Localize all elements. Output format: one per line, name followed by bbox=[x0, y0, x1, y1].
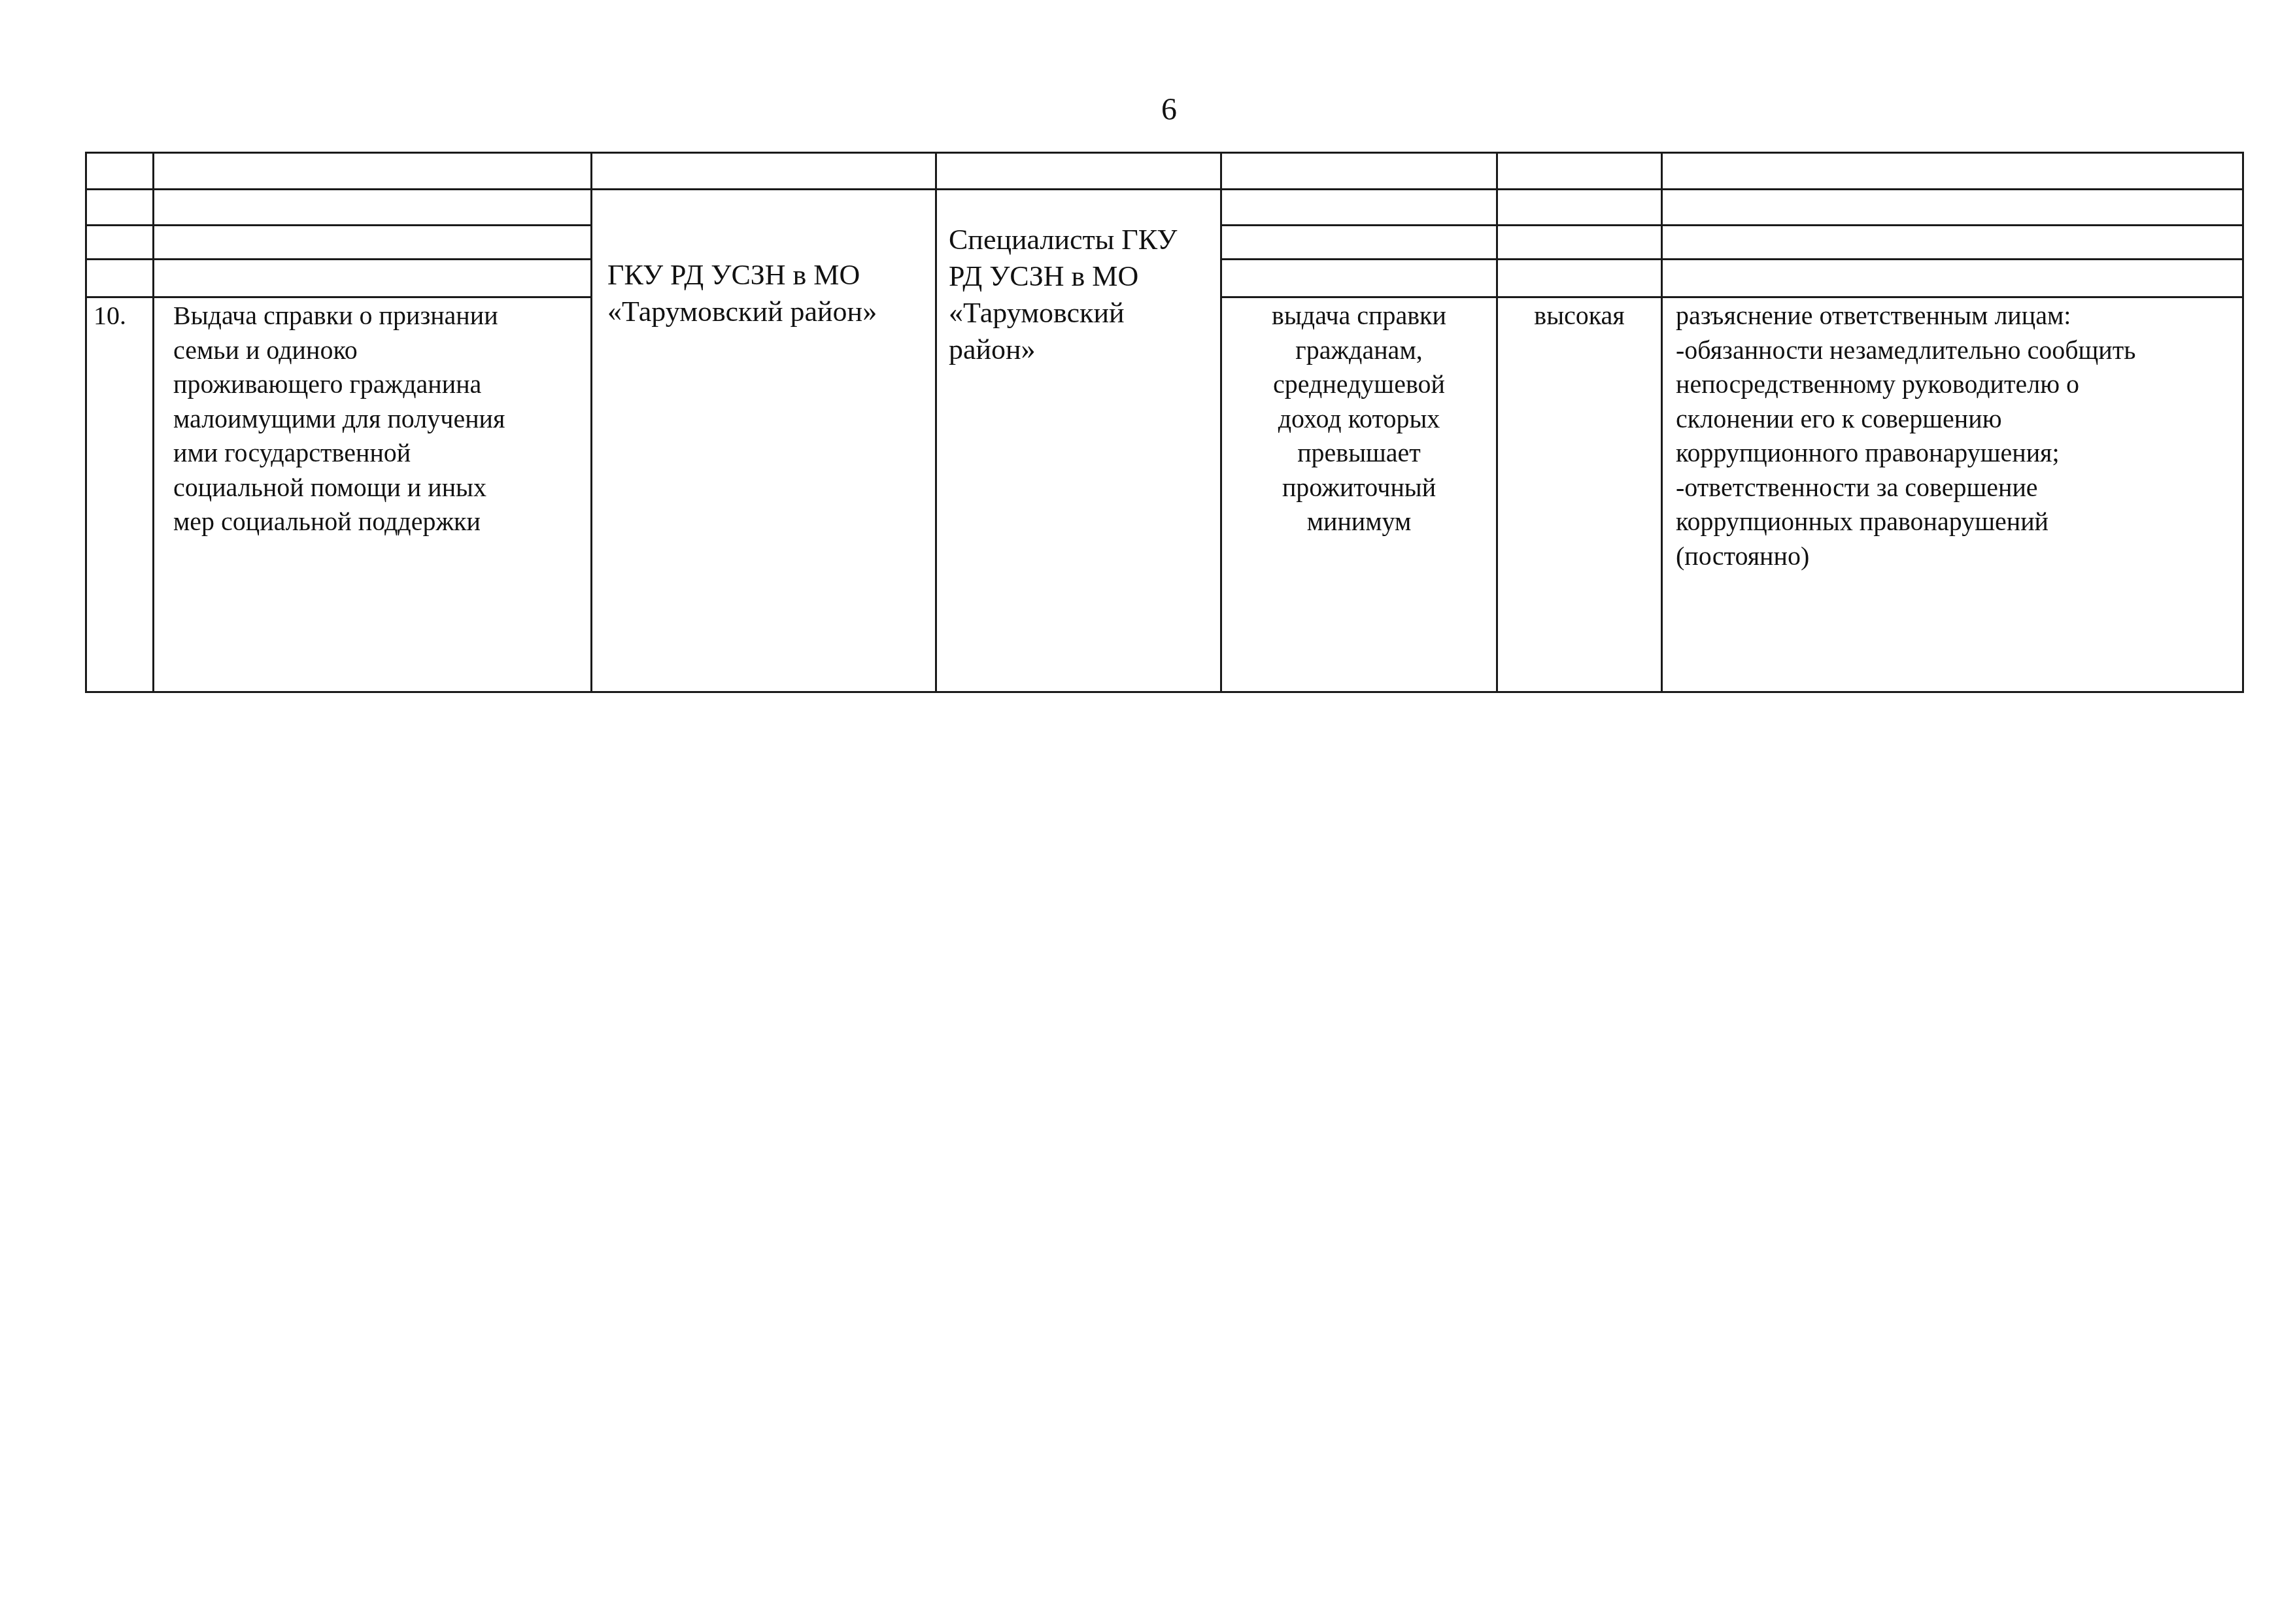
measures-cell: разъяснение ответственным лицам: -обязан… bbox=[1676, 299, 2238, 573]
row-divider bbox=[87, 296, 590, 298]
row-divider bbox=[87, 258, 590, 260]
column-divider bbox=[590, 154, 592, 691]
row-number-cell: 10. bbox=[93, 299, 151, 333]
row-divider bbox=[1220, 296, 2242, 298]
column-divider bbox=[152, 154, 154, 691]
row-divider bbox=[87, 224, 590, 226]
process-cell: Выдача справки о признании семьи и одино… bbox=[173, 299, 585, 539]
column-divider bbox=[1661, 154, 1663, 691]
row-divider bbox=[87, 188, 2242, 190]
corruption-risk-table: 10. Выдача справки о признании семьи и о… bbox=[85, 152, 2244, 693]
organization-cell: ГКУ РД УСЗН в МО «Тарумовский район» bbox=[607, 257, 934, 330]
responsible-cell: Специалисты ГКУ РД УСЗН в МО «Тарумовски… bbox=[949, 222, 1223, 368]
column-divider bbox=[935, 154, 937, 691]
row-divider bbox=[1220, 224, 2242, 226]
page-number: 6 bbox=[1156, 92, 1182, 128]
risk-level-cell: высокая bbox=[1498, 299, 1661, 333]
row-divider bbox=[1220, 258, 2242, 260]
column-divider bbox=[1496, 154, 1498, 691]
risk-description-cell: выдача справки гражданам, среднедушевой … bbox=[1222, 299, 1496, 539]
